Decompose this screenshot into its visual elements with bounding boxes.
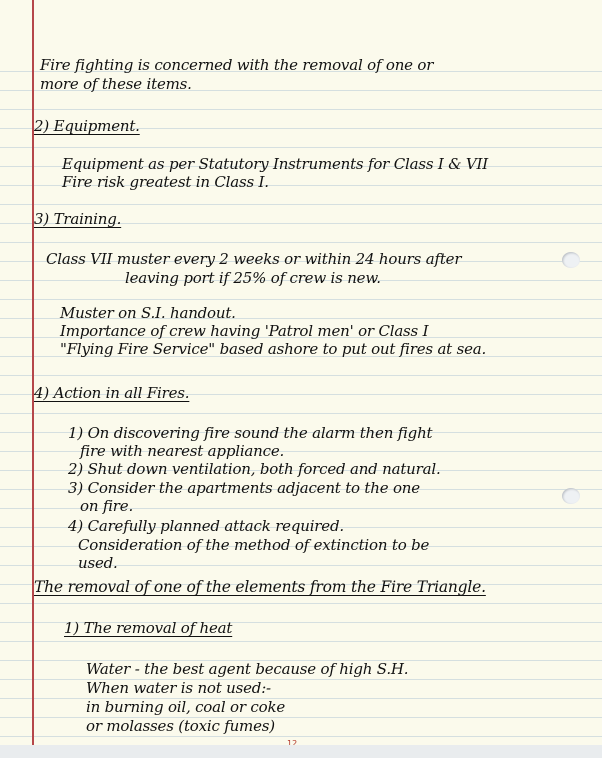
heat-line-4: or molasses (toxic fumes)	[86, 717, 275, 735]
intro-line-1: Fire fighting is concerned with the remo…	[40, 56, 433, 74]
punch-hole-bottom	[562, 488, 580, 504]
action-line-3: 2) Shut down ventilation, both forced an…	[68, 460, 441, 478]
subsection-heading-heat: 1) The removal of heat	[64, 619, 232, 637]
intro-line-2: more of these items.	[40, 75, 192, 93]
action-line-7: Consideration of the method of extinctio…	[78, 536, 429, 554]
section-heading-equipment: 2) Equipment.	[34, 117, 140, 135]
punch-hole-top	[562, 252, 580, 268]
heat-line-3: in burning oil, coal or coke	[86, 698, 285, 716]
section-heading-action: 4) Action in all Fires.	[34, 384, 189, 402]
equipment-line-1: Equipment as per Statutory Instruments f…	[62, 155, 488, 173]
training-line-2: leaving port if 25% of crew is new.	[125, 269, 381, 287]
training-line-4: Importance of crew having 'Patrol men' o…	[60, 322, 428, 340]
fire-triangle-heading: The removal of one of the elements from …	[34, 578, 486, 596]
training-line-5: "Flying Fire Service" based ashore to pu…	[60, 340, 486, 358]
page-number: 12	[287, 739, 297, 745]
action-line-4: 3) Consider the apartments adjacent to t…	[68, 479, 420, 497]
training-line-3: Muster on S.I. handout.	[60, 304, 236, 322]
action-line-2: fire with nearest appliance.	[80, 442, 284, 460]
action-line-5: on fire.	[80, 497, 133, 515]
action-line-6: 4) Carefully planned attack required.	[68, 517, 344, 535]
action-line-1: 1) On discovering fire sound the alarm t…	[68, 424, 432, 442]
margin-rule	[32, 0, 34, 745]
page-top-margin	[0, 0, 602, 53]
training-line-1: Class VII muster every 2 weeks or within…	[46, 250, 461, 268]
heat-line-1: Water - the best agent because of high S…	[86, 660, 408, 678]
notebook-page: Fire fighting is concerned with the remo…	[0, 0, 602, 745]
section-heading-training: 3) Training.	[34, 210, 121, 228]
heat-line-2: When water is not used:-	[86, 679, 271, 697]
equipment-line-2: Fire risk greatest in Class I.	[62, 173, 269, 191]
action-line-8: used.	[78, 554, 118, 572]
